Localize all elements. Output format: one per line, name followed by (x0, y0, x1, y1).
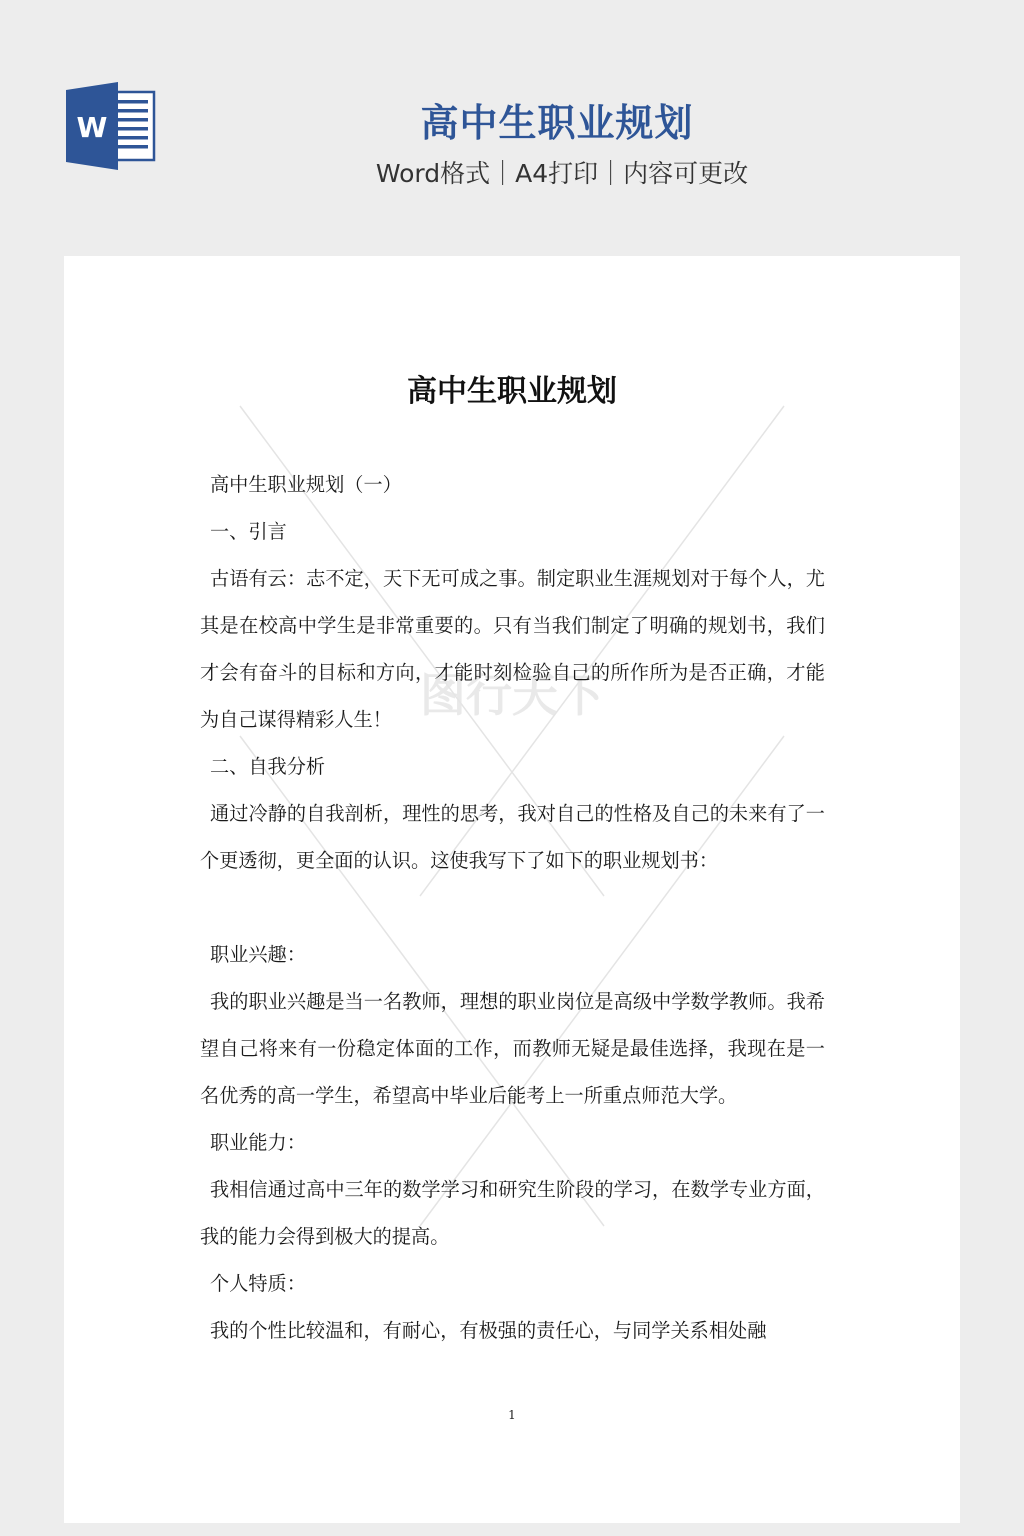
document-title: 高中生职业规划 (64, 366, 960, 410)
document-body: 高中生职业规划（一） 一、引言 古语有云：志不定，天下无可成之事。制定职业生涯规… (200, 461, 825, 1354)
paragraph: 我的个性比较温和，有耐心，有极强的责任心，与同学关系相处融 (200, 1307, 825, 1354)
subheading: 个人特质： (200, 1260, 825, 1307)
section-heading: 二、自我分析 (200, 743, 825, 790)
section-heading: 高中生职业规划（一） (200, 461, 825, 508)
blank-line (200, 884, 825, 931)
paragraph: 我的职业兴趣是当一名教师，理想的职业岗位是高级中学数学教师。我希望自己将来有一份… (200, 978, 825, 1119)
paragraph: 我相信通过高中三年的数学学习和研究生阶段的学习，在数学专业方面，我的能力会得到极… (200, 1166, 825, 1260)
header-subtitle: Word格式｜A4打印｜内容可更改 (0, 154, 1024, 190)
page-number: 1 (64, 1408, 960, 1422)
paragraph: 通过冷静的自我剖析，理性的思考，我对自己的性格及自己的未来有了一个更透彻，更全面… (200, 790, 825, 884)
header-title: 高中生职业规划 (0, 92, 1024, 147)
paragraph: 古语有云：志不定，天下无可成之事。制定职业生涯规划对于每个人，尤其是在校高中学生… (200, 555, 825, 743)
subheading: 职业兴趣： (200, 931, 825, 978)
header-banner: W 高中生职业规划 Word格式｜A4打印｜内容可更改 (0, 0, 1024, 256)
section-heading: 一、引言 (200, 508, 825, 555)
subheading: 职业能力： (200, 1119, 825, 1166)
document-page: 图行天下 高中生职业规划 高中生职业规划（一） 一、引言 古语有云：志不定，天下… (64, 256, 960, 1523)
